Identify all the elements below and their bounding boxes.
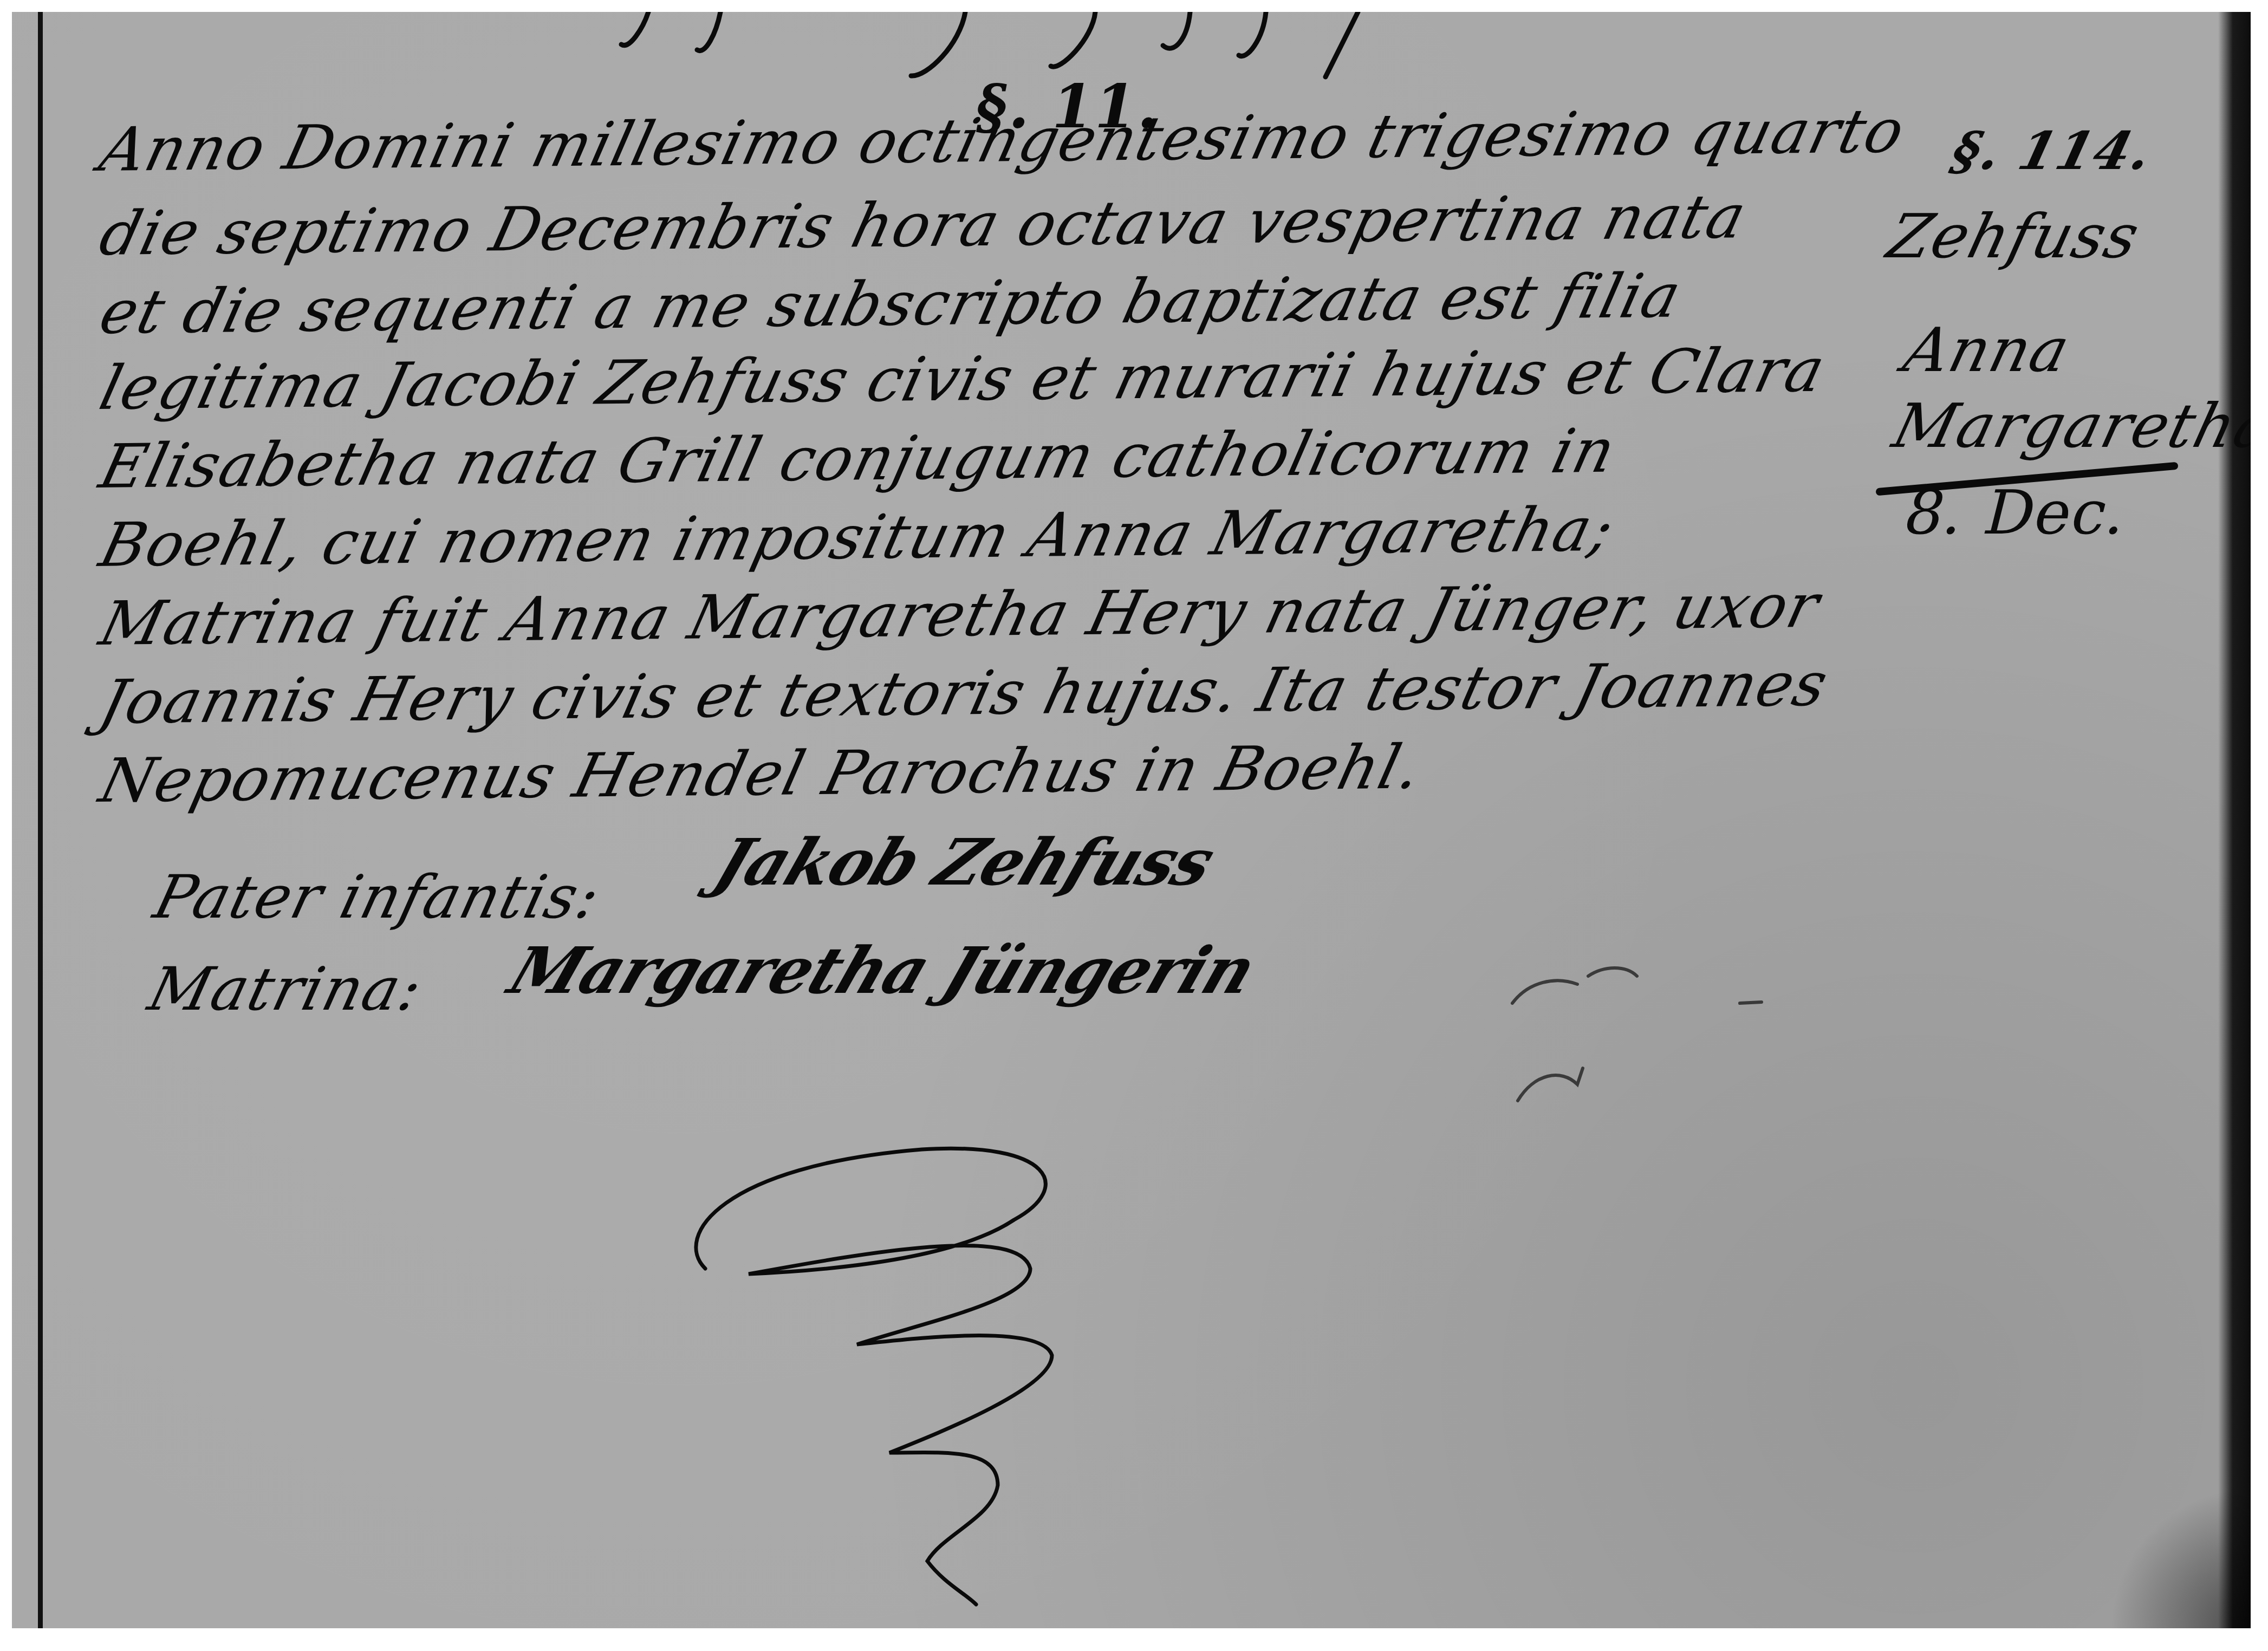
faint-ink-marks (1496, 933, 1821, 1149)
body-line-2: die septimo Decembris hora octava vesper… (93, 181, 1753, 269)
signature-father: Jakob Zehfuss (705, 824, 1224, 900)
body-line-4: legitima Jacobi Zehfuss civis et murarii… (93, 335, 1832, 424)
body-line-3: et die sequenti a me subscripto baptizat… (93, 261, 1688, 348)
body-line-7: Matrina fuit Anna Margaretha Hery nata J… (93, 571, 1827, 659)
signature-label-godmother: Matrina: (142, 954, 430, 1024)
body-line-8: Joannis Hery civis et textoris hujus. It… (93, 649, 1835, 738)
page-binding-shadow (2218, 12, 2251, 1628)
margin-given-name-1: Anna (1897, 315, 2077, 386)
register-page: §. 11. Anno Domini millesimo octingentes… (12, 12, 2251, 1628)
margin-record-number: §. 114. (1946, 120, 2159, 181)
body-line-9: Nepomucenus Hendel Parochus in Boehl. (93, 732, 1429, 816)
margin-date: 8. Dec. (1897, 478, 2137, 548)
margin-given-name-2: Margaretha (1886, 391, 2251, 461)
left-margin-rule (38, 12, 43, 1628)
signature-godmother: Margaretha Jüngerin (499, 933, 1265, 1008)
closing-flourish (640, 1128, 1074, 1615)
margin-surname: Zehfuss (1881, 201, 2147, 272)
body-line-5: Elisabetha nata Grill conjugum catholico… (93, 416, 1623, 502)
body-line-6: Boehl, cui nomen impositum Anna Margaret… (93, 495, 1621, 581)
corner-shadow (2110, 1487, 2251, 1628)
signature-label-father: Pater infantis: (147, 862, 607, 932)
